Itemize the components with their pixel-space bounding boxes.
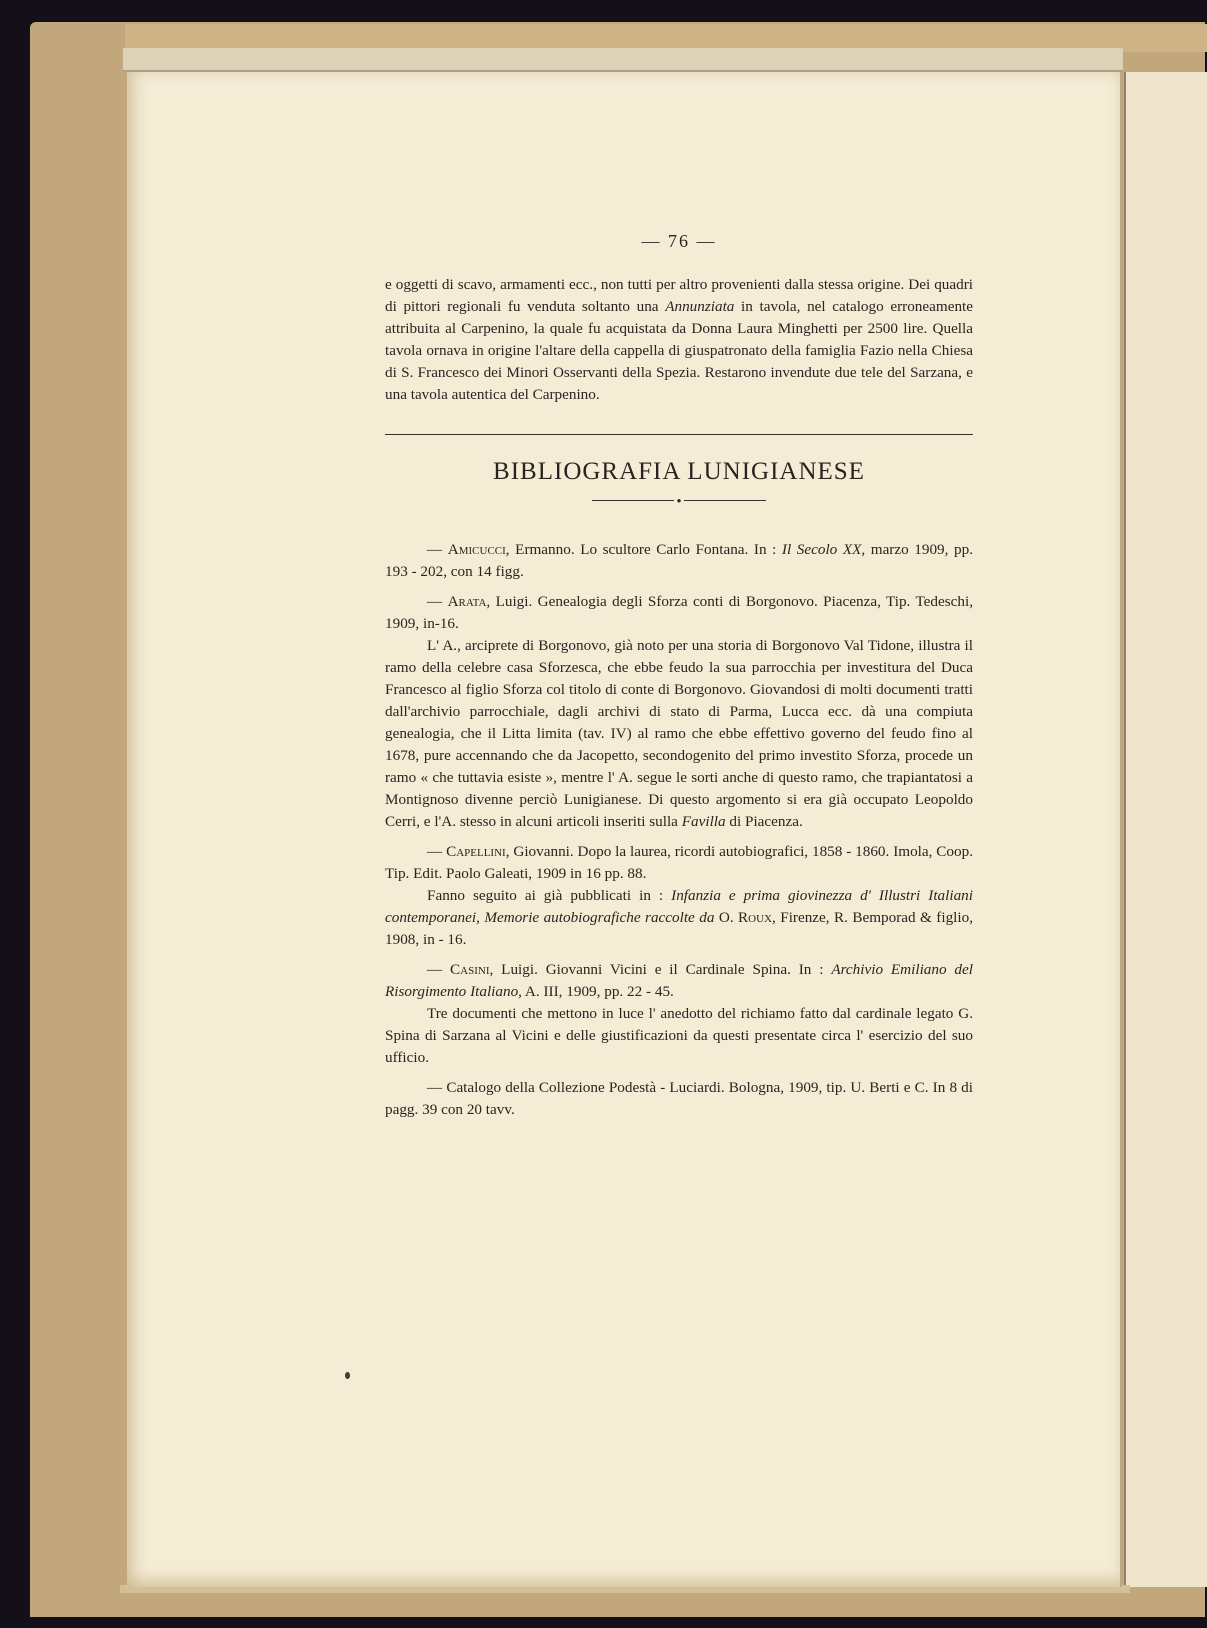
entry-author: Amicucci [448, 541, 506, 558]
title-ornament: ● [385, 489, 973, 499]
bib-note-casini: Tre documenti che mettono in luce l' ane… [385, 1003, 973, 1069]
entry-dash: — [427, 843, 446, 860]
page-number: — 76 — [385, 230, 973, 252]
next-page-edge [1124, 72, 1207, 1587]
ink-spot [345, 1372, 350, 1379]
bib-entry-catalogo: — Catalogo della Collezione Podestà - Lu… [385, 1077, 973, 1121]
entry-text: , Ermanno. Lo scultore Carlo Fontana. In… [506, 541, 782, 558]
entry-tail: , A. III, 1909, pp. 22 - 45. [518, 983, 674, 1000]
intro-paragraph: e oggetti di scavo, armamenti ecc., non … [385, 274, 973, 406]
entry-text: , Luigi. Giovanni Vicini e il Cardinale … [490, 961, 832, 978]
ornament-line-right [684, 500, 766, 501]
entry-dash: — [427, 541, 448, 558]
under-leaf [123, 48, 1123, 72]
bib-entry-amicucci: — Amicucci, Ermanno. Lo scultore Carlo F… [385, 539, 973, 583]
entry-dash: — [427, 593, 448, 610]
entry-author: Arata [448, 593, 487, 610]
section-divider [385, 434, 973, 435]
bib-entry-arata: — Arata, Luigi. Genealogia degli Sforza … [385, 591, 973, 635]
entry-text: Catalogo della Collezione Podestà - Luci… [385, 1079, 973, 1118]
note-mid: O. [714, 909, 738, 926]
entry-italic: Il Secolo XX [782, 541, 861, 558]
note-text: Fanno seguito ai già pubblicati in : [427, 887, 671, 904]
bib-entry-capellini: — Capellini, Giovanni. Dopo la laurea, r… [385, 841, 973, 885]
note-italic: Favilla [682, 813, 726, 830]
intro-italic-title: Annunziata [665, 298, 734, 315]
bib-note-capellini: Fanno seguito ai già pubblicati in : Inf… [385, 885, 973, 951]
note-text: L' A., arciprete di Borgonovo, già noto … [385, 637, 973, 830]
bib-entry-casini: — Casini, Luigi. Giovanni Vicini e il Ca… [385, 959, 973, 1003]
entry-dash: — [427, 1079, 446, 1096]
entry-author: Capellini [446, 843, 506, 860]
note-text: Tre documenti che mettono in luce l' ane… [385, 1005, 973, 1066]
bib-note-arata: L' A., arciprete di Borgonovo, già noto … [385, 635, 973, 833]
entry-author: Casini [450, 961, 489, 978]
entry-dash: — [427, 961, 450, 978]
note-author: Roux [738, 909, 772, 926]
section-title: BIBLIOGRAFIA LUNIGIANESE [385, 461, 973, 483]
note-tail: di Piacenza. [726, 813, 803, 830]
page-content: — 76 — e oggetti di scavo, armamenti ecc… [385, 230, 973, 1121]
ornament-dot: ● [677, 490, 682, 512]
ornament-line-left [592, 500, 674, 501]
